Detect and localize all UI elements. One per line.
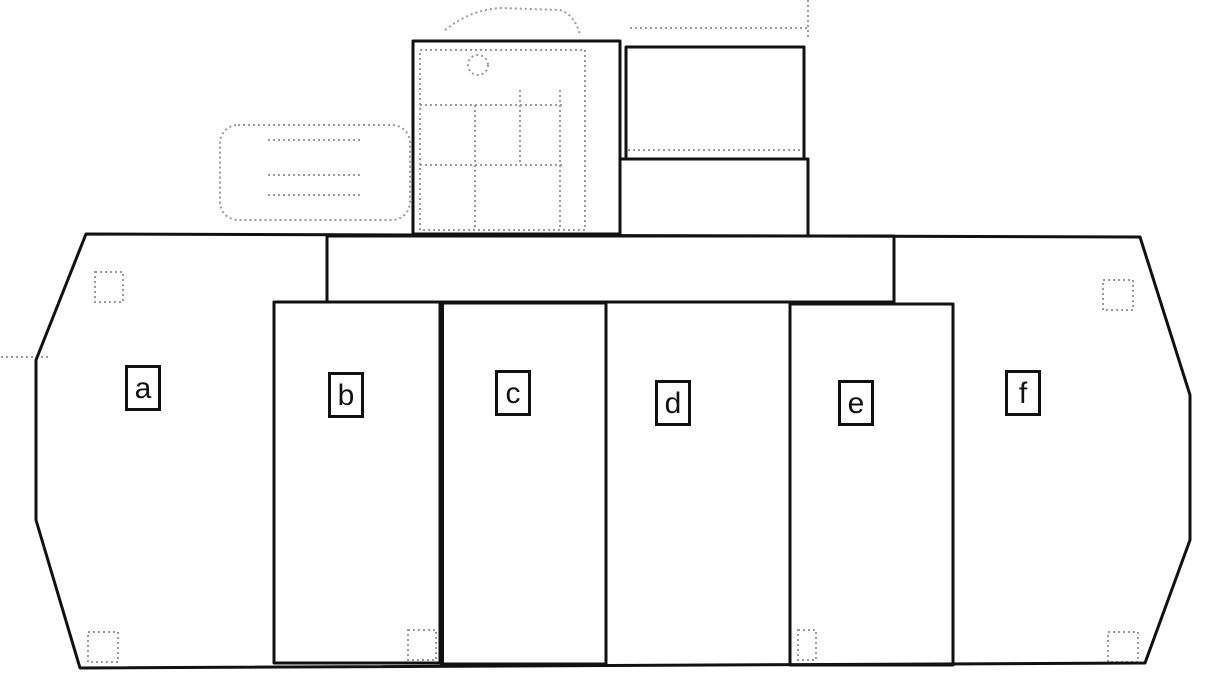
center-band <box>327 236 894 302</box>
main-hull-outline <box>36 234 1190 668</box>
upper-right-block <box>626 47 804 159</box>
upper-center-block <box>413 41 620 234</box>
floor-plan-drawing <box>0 0 1207 683</box>
zone-label-d: d <box>655 380 691 426</box>
zone-label-c: c <box>495 370 531 416</box>
zone-b-room <box>274 302 440 663</box>
upper-right-lower-block <box>620 159 808 236</box>
zone-label-e: e <box>838 380 874 426</box>
floor-plan-diagram: a b c d e f <box>0 0 1207 683</box>
wall-outlines <box>36 41 1190 668</box>
faint-background-details <box>0 0 1138 662</box>
zone-c-room <box>442 303 606 664</box>
zone-e-room <box>790 304 953 665</box>
zone-label-b: b <box>328 372 364 418</box>
zone-label-a: a <box>125 365 161 411</box>
zone-label-f: f <box>1005 370 1041 416</box>
